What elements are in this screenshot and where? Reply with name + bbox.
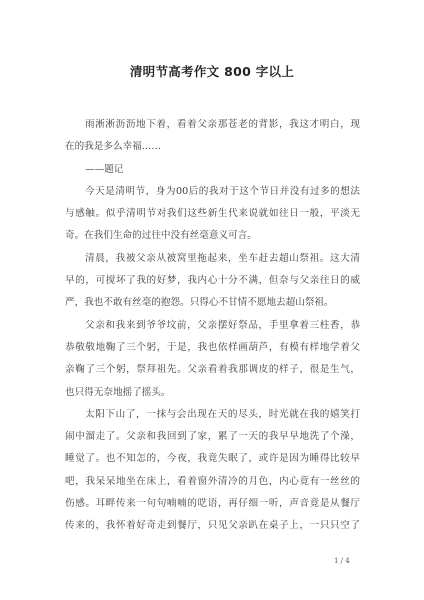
paragraph-line: 严，我也不敢有丝毫的抱怨。只得心不甘情不愿地去超山祭祖。 (65, 292, 360, 314)
paragraph: 父亲和我来到爷爷坟前，父亲摆好祭品，手里拿着三柱香，恭 恭敬敬地鞠了三个躬，于是… (65, 315, 360, 404)
paragraph-line: 传来的，我怀着好奇走到餐厅，只见父亲趴在桌子上，一只只空了 (65, 515, 360, 537)
paragraph-line: 亲鞠了三个躬，祭拜祖先。父亲看着我那调皮的样子，很是生气， (65, 359, 360, 381)
paragraph-line: 父亲和我来到爷爷坟前，父亲摆好祭品，手里拿着三柱香，恭 (65, 315, 360, 337)
paragraph-line: 闹中溜走了。父亲和我回到了家，累了一天的我早早地洗了个澡， (65, 426, 360, 448)
document-title: 清明节高考作文 800 字以上 (0, 64, 424, 80)
paragraph-line: ——题记 (65, 159, 360, 181)
paragraph-line: 与感触。似乎清明节对我们这些新生代来说就如往日一般，平淡无 (65, 203, 360, 225)
paragraph-epigraph-attribution: ——题记 (65, 159, 360, 181)
paragraph-line: 伤感。耳畔传来一句句喃喃的呓语，再仔细一听，声音竟是从餐厅 (65, 493, 360, 515)
paragraph-line: 雨淅淅沥沥地下着，看着父亲那苍老的背影，我这才明白，现 (65, 114, 360, 136)
paragraph: 今天是清明节，身为00后的我对于这个节日并没有过多的想法 与感触。似乎清明节对我… (65, 181, 360, 248)
paragraph-line: 也只得无奈地摇了摇头。 (65, 382, 360, 404)
document-body: 雨淅淅沥沥地下着，看着父亲那苍老的背影，我这才明白，现 在的我是多么幸福…… —… (65, 114, 360, 538)
page-number: 1 / 4 (334, 556, 350, 566)
paragraph-line: 奇。在我们生命的过往中没有丝毫意义可言。 (65, 225, 360, 247)
document-page: 清明节高考作文 800 字以上 雨淅淅沥沥地下着，看着父亲那苍老的背影，我这才明… (0, 0, 424, 600)
paragraph-epigraph: 雨淅淅沥沥地下着，看着父亲那苍老的背影，我这才明白，现 在的我是多么幸福…… (65, 114, 360, 159)
paragraph-line: 太阳下山了，一抹与会出现在天的尽头，时光就在我的嬉笑打 (65, 404, 360, 426)
paragraph-line: 睡觉了。也不知怎的，今夜，我竟失眠了，或许是因为睡得比较早 (65, 448, 360, 470)
paragraph: 太阳下山了，一抹与会出现在天的尽头，时光就在我的嬉笑打 闹中溜走了。父亲和我回到… (65, 404, 360, 538)
paragraph-line: 清晨，我被父亲从被窝里拖起来，坐车赶去超山祭祖。这大清 (65, 248, 360, 270)
paragraph-line: 吧，我呆呆地坐在床上，看着窗外清冷的月色，内心竟有一丝丝的 (65, 471, 360, 493)
paragraph-line: 今天是清明节，身为00后的我对于这个节日并没有过多的想法 (65, 181, 360, 203)
paragraph: 清晨，我被父亲从被窝里拖起来，坐车赶去超山祭祖。这大清 早的，可搅坏了我的好梦，… (65, 248, 360, 315)
paragraph-line: 恭敬敬地鞠了三个躬，于是，我也依样画葫芦，有模有样地学着父 (65, 337, 360, 359)
paragraph-line: 早的，可搅坏了我的好梦，我内心十分不满，但奈与父亲往日的威 (65, 270, 360, 292)
paragraph-line: 在的我是多么幸福…… (65, 136, 360, 158)
